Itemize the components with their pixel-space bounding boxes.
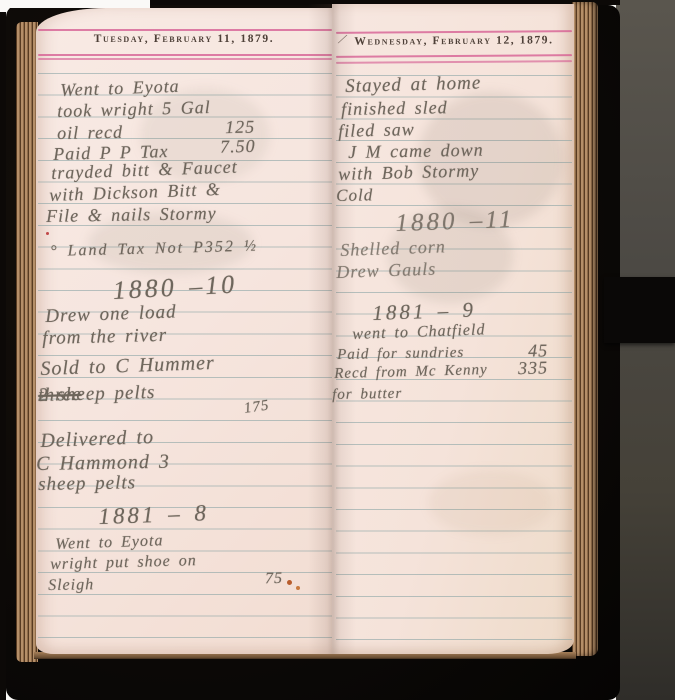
speck	[287, 580, 292, 585]
diary-scan: Tuesday, February 11, 1879. Wednesday, F…	[0, 0, 675, 700]
foxing-specks	[0, 0, 675, 700]
speck	[46, 232, 49, 235]
speck	[296, 586, 300, 590]
